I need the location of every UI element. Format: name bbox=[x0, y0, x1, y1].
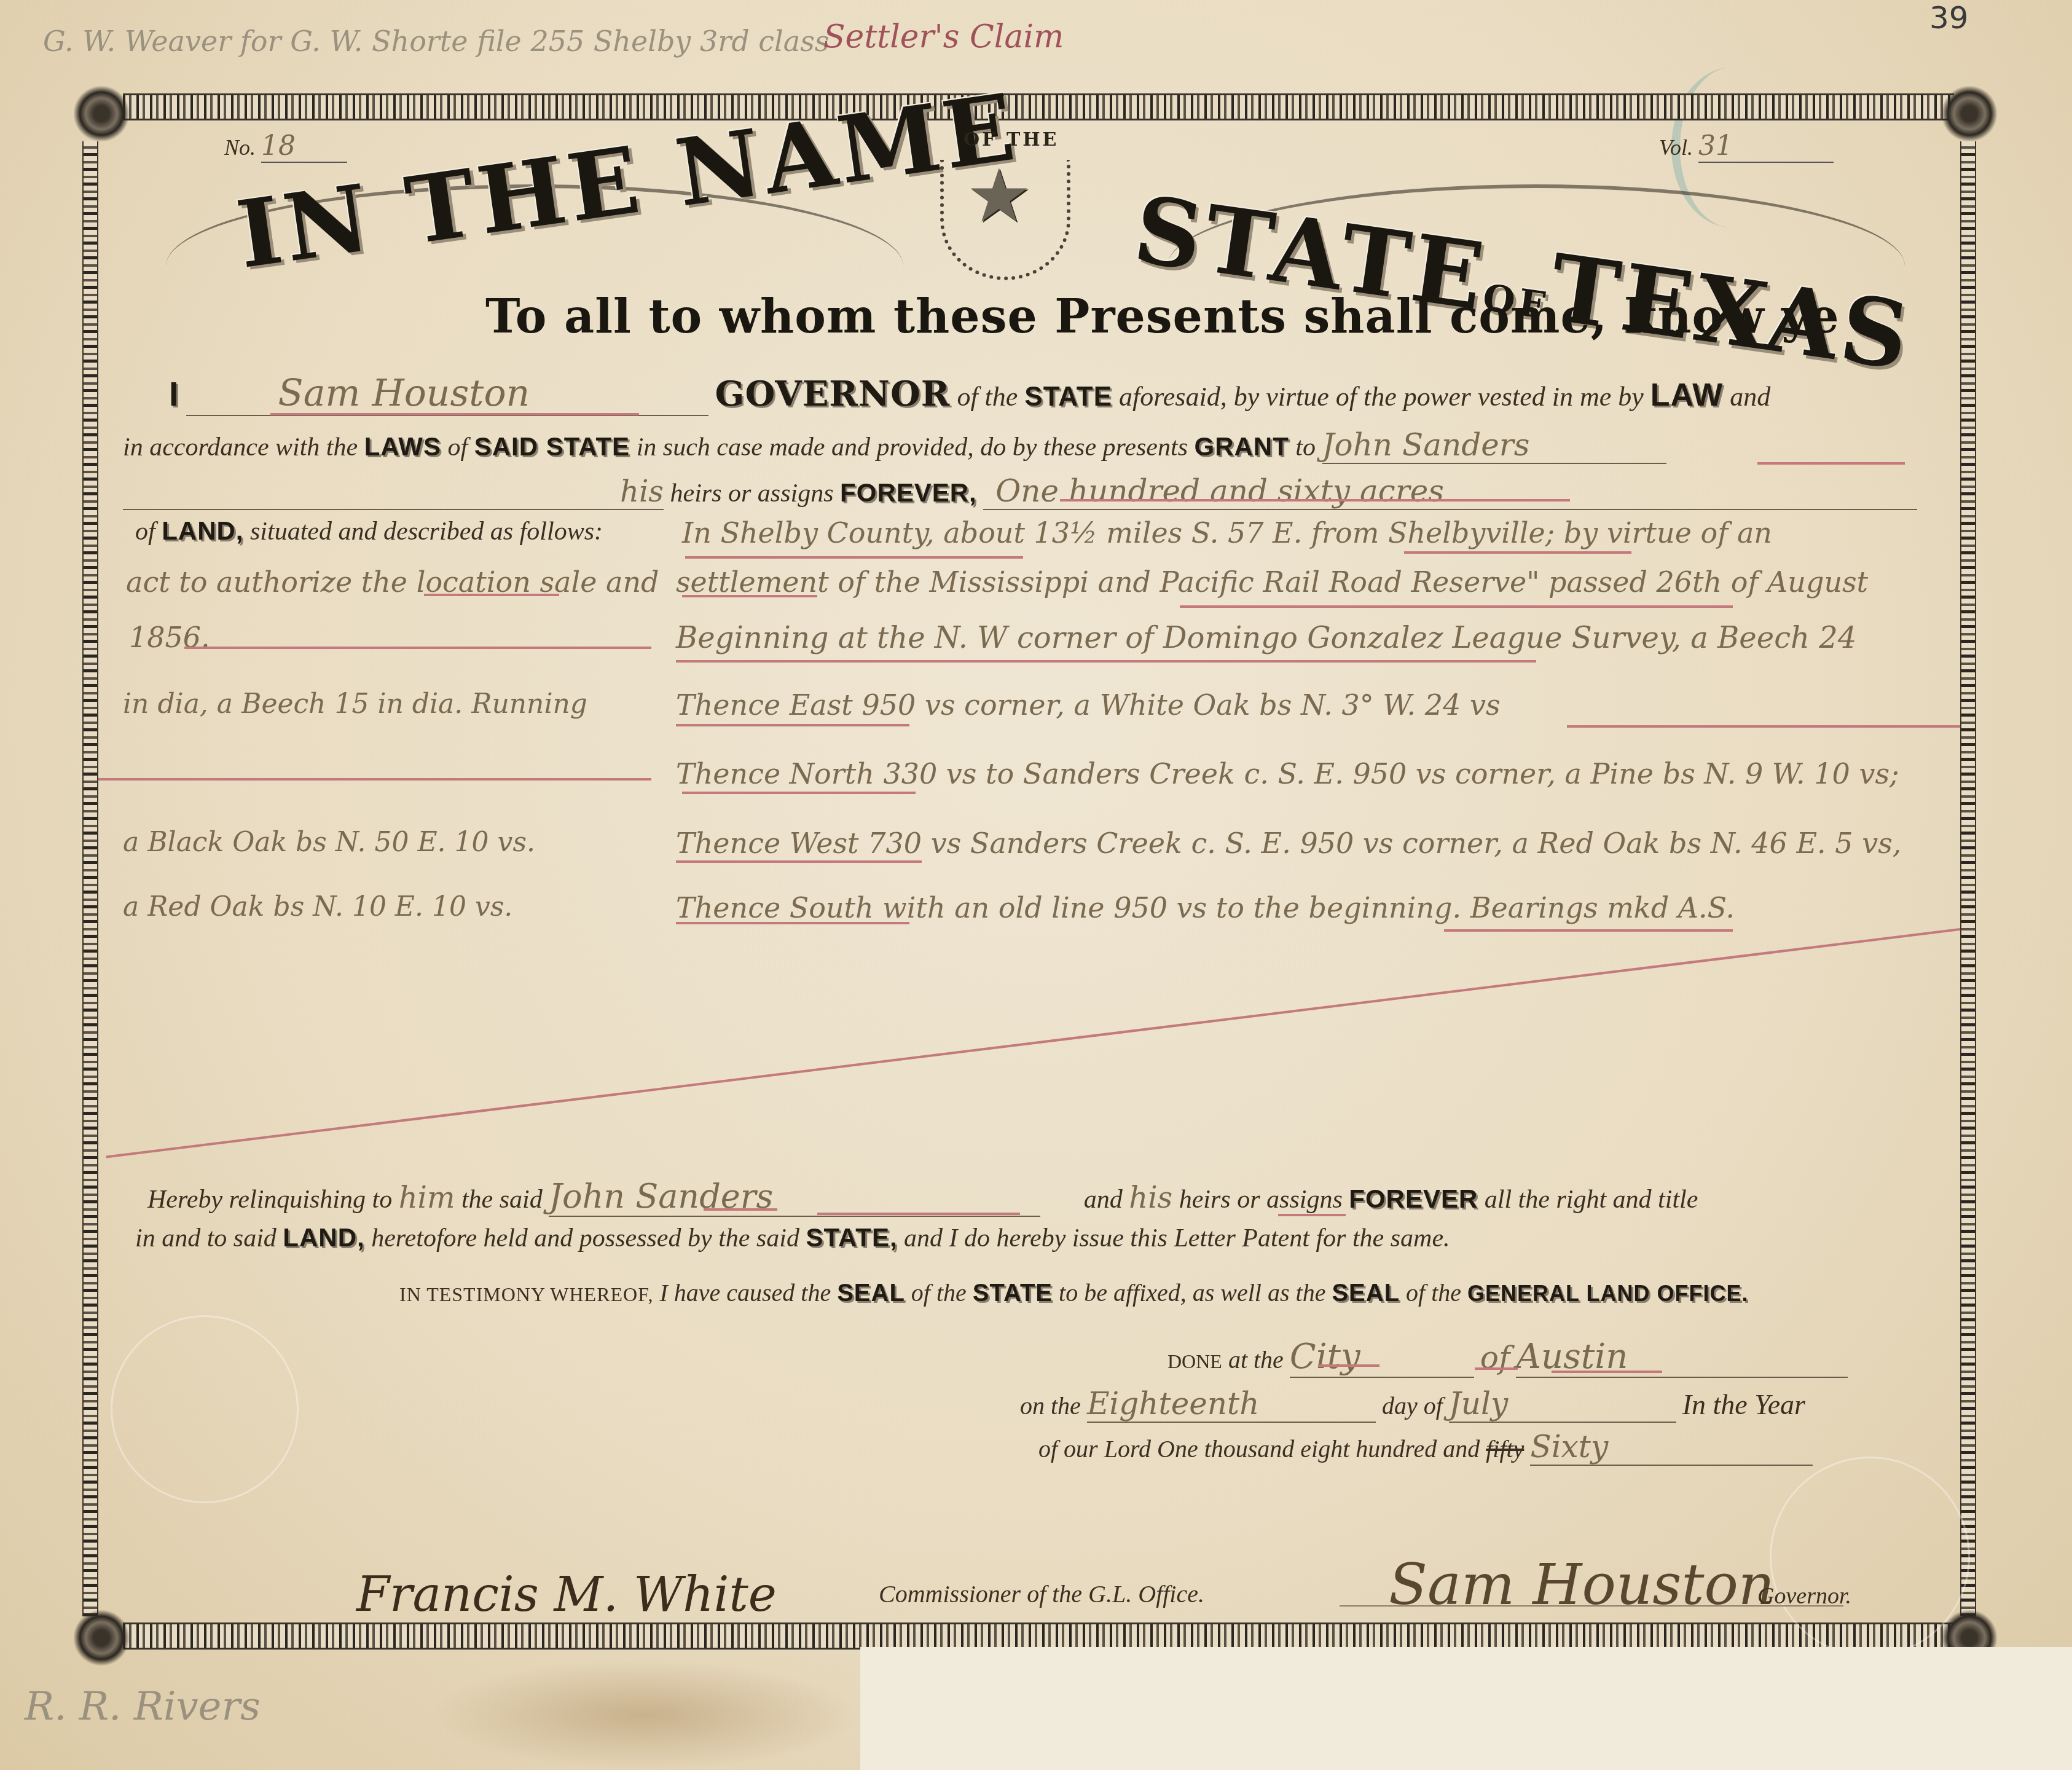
general-land-office-label: GENERAL LAND OFFICE. bbox=[1467, 1281, 1748, 1306]
year-value: Sixty bbox=[1530, 1429, 1813, 1466]
state-label: STATE, bbox=[806, 1223, 897, 1252]
state-label: STATE bbox=[973, 1280, 1053, 1307]
description-left-1: act to authorize the location sale and bbox=[126, 565, 659, 599]
laws-label: LAWS bbox=[364, 432, 441, 461]
red-underline bbox=[1404, 551, 1631, 554]
testimony-line: IN TESTIMONY WHEREOF, I have caused the … bbox=[399, 1278, 1748, 1307]
red-underline bbox=[817, 1213, 1020, 1215]
grant-line-4: of LAND, situated and described as follo… bbox=[135, 516, 603, 546]
commissioner-title: Commissioner of the G.L. Office. bbox=[879, 1579, 1204, 1608]
red-rule bbox=[98, 778, 651, 781]
grant-label: GRANT bbox=[1195, 432, 1289, 461]
of-the-label: OF THE bbox=[963, 129, 1059, 151]
governor-name: Sam Houston bbox=[186, 372, 708, 416]
description-left-3: in dia, a Beech 15 in dia. Running bbox=[123, 688, 587, 720]
seal-label: SEAL bbox=[1332, 1280, 1400, 1307]
volume-label: Vol. bbox=[1659, 135, 1693, 160]
lone-star-icon: ★ bbox=[966, 154, 1032, 239]
text: of our Lord One thousand eight hundred a… bbox=[1038, 1435, 1480, 1463]
text: in and to said bbox=[135, 1224, 277, 1253]
governor-signature: Sam Houston bbox=[1389, 1552, 1775, 1618]
text: at the bbox=[1228, 1346, 1284, 1374]
text: of the bbox=[1406, 1279, 1461, 1307]
text: Hereby relinquishing to bbox=[147, 1186, 392, 1214]
struck-text: fifty bbox=[1486, 1435, 1524, 1463]
relinquish-line-2: in and to said LAND, heretofore held and… bbox=[135, 1223, 1450, 1253]
attached-paper bbox=[860, 1647, 2072, 1770]
pronoun: him bbox=[399, 1181, 455, 1215]
forever-label: FOREVER, bbox=[840, 478, 977, 507]
red-underline bbox=[1475, 1367, 1518, 1370]
text: all the right and title bbox=[1485, 1186, 1698, 1214]
description-left-5: a Black Oak bs N. 50 E. 10 vs. bbox=[123, 827, 535, 858]
commissioner-signature: Francis M. White bbox=[356, 1567, 777, 1622]
description-right-6: Thence South with an old line 950 vs to … bbox=[676, 891, 1735, 924]
red-underline bbox=[1552, 1371, 1662, 1373]
red-rule bbox=[184, 647, 651, 649]
red-underline bbox=[676, 860, 922, 863]
red-underline bbox=[1757, 462, 1905, 465]
land-label: LAND, bbox=[162, 516, 243, 545]
red-underline bbox=[676, 660, 1536, 663]
pencil-annotation: G. W. Weaver for G. W. Shorte file 255 S… bbox=[43, 25, 829, 58]
grant-line-3: his heirs or assigns FOREVER, One hundre… bbox=[123, 473, 1917, 510]
title-emblem: OF THE ★ bbox=[928, 129, 1075, 289]
text: of bbox=[1480, 1340, 1510, 1375]
state-label: STATE bbox=[1024, 382, 1112, 412]
year-line: of our Lord One thousand eight hundred a… bbox=[1038, 1429, 1813, 1466]
red-underline bbox=[676, 922, 909, 924]
embossed-seal-right bbox=[1770, 1457, 1970, 1657]
subtitle: To all to whom these Presents shall come… bbox=[485, 289, 1840, 344]
red-underline bbox=[704, 1208, 777, 1211]
date-line: on the Eighteenth day of July In the Yea… bbox=[1020, 1386, 1805, 1423]
text: in accordance with the bbox=[123, 433, 358, 462]
acreage: One hundred and sixty acres bbox=[983, 473, 1917, 510]
text: of the bbox=[911, 1279, 967, 1307]
red-underline bbox=[685, 556, 1023, 559]
text: the said bbox=[461, 1186, 543, 1214]
red-underline bbox=[676, 724, 909, 726]
pencil-signature: R. R. Rivers bbox=[25, 1684, 261, 1729]
corner-ornament-bl bbox=[74, 1610, 129, 1666]
text: day of bbox=[1382, 1392, 1443, 1420]
text: heirs or assigns bbox=[670, 479, 834, 508]
text: of bbox=[135, 517, 155, 546]
red-underline bbox=[1444, 929, 1733, 932]
corner-ornament-tr bbox=[1942, 86, 1997, 141]
city-value: City bbox=[1290, 1337, 1474, 1378]
text: on the bbox=[1020, 1392, 1081, 1420]
text: I have caused the bbox=[659, 1279, 831, 1307]
said-state-label: SAID STATE bbox=[474, 432, 630, 461]
text: and bbox=[1047, 1186, 1123, 1214]
text: and bbox=[1730, 382, 1770, 412]
red-underline bbox=[1318, 1364, 1379, 1367]
volume-value: 31 bbox=[1698, 130, 1834, 163]
corner-ornament-tl bbox=[74, 86, 129, 141]
number-field: No. 18 bbox=[224, 130, 347, 163]
settlers-claim-note: Settler's Claim bbox=[823, 18, 1064, 55]
forever-label: FOREVER bbox=[1349, 1184, 1478, 1213]
description-right-3: Thence East 950 vs corner, a White Oak b… bbox=[676, 688, 1501, 722]
i-label: I bbox=[169, 374, 179, 413]
text: heretofore held and possessed by the sai… bbox=[371, 1224, 799, 1253]
governor-title: Governor. bbox=[1757, 1583, 1851, 1610]
text: heirs or assigns bbox=[1179, 1186, 1343, 1214]
embossed-seal-left bbox=[111, 1315, 299, 1503]
text: to bbox=[1295, 433, 1316, 462]
number-value: 18 bbox=[261, 130, 347, 163]
done-line: DONE at the City of Austin bbox=[1167, 1337, 1848, 1378]
seal-label: SEAL bbox=[837, 1280, 905, 1307]
done-label: DONE bbox=[1167, 1350, 1222, 1372]
grantee-name: John Sanders bbox=[549, 1177, 1040, 1217]
red-underline bbox=[1060, 499, 1570, 502]
pronoun: his bbox=[1129, 1181, 1172, 1215]
border-top bbox=[123, 93, 1954, 120]
red-underline bbox=[682, 595, 817, 597]
text: to be affixed, as well as the bbox=[1059, 1279, 1325, 1307]
grant-line-1: I Sam Houston GOVERNOR of the STATE afor… bbox=[169, 372, 1951, 416]
text: In the Year bbox=[1682, 1389, 1805, 1420]
border-right bbox=[1960, 141, 1976, 1616]
water-stain bbox=[430, 1659, 860, 1770]
law-label: LAW bbox=[1650, 377, 1724, 413]
description-right-2: Beginning at the N. W corner of Domingo … bbox=[676, 621, 1856, 655]
text: aforesaid, by virtue of the power vested… bbox=[1119, 382, 1644, 412]
month-value: July bbox=[1449, 1386, 1676, 1423]
border-bottom bbox=[123, 1622, 1954, 1650]
text: IN TESTIMONY WHEREOF, bbox=[399, 1283, 653, 1305]
red-rule bbox=[1567, 725, 1960, 728]
number-label: No. bbox=[224, 135, 256, 160]
border-left bbox=[82, 141, 98, 1616]
day-value: Eighteenth bbox=[1087, 1386, 1376, 1423]
red-diagonal-rule bbox=[106, 928, 1960, 1158]
volume-field: Vol. 31 bbox=[1659, 130, 1834, 163]
text: of the bbox=[957, 382, 1018, 412]
land-label: LAND, bbox=[283, 1223, 364, 1252]
text: of bbox=[448, 433, 468, 462]
description-right-5: Thence West 730 vs Sanders Creek c. S. E… bbox=[676, 827, 1901, 860]
relinquish-line-1: Hereby relinquishing to him the said Joh… bbox=[147, 1177, 1698, 1217]
description-right-1: settlement of the Mississippi and Pacifi… bbox=[676, 565, 1868, 599]
red-underline bbox=[1278, 1214, 1346, 1216]
red-underline bbox=[270, 413, 639, 415]
description-left-6: a Red Oak bs N. 10 E. 10 vs. bbox=[123, 891, 512, 922]
grantee-name: John Sanders bbox=[1322, 427, 1666, 464]
description-right-4: Thence North 330 vs to Sanders Creek c. … bbox=[676, 757, 1899, 790]
grant-line-2: in accordance with the LAWS of SAID STAT… bbox=[123, 427, 1666, 464]
text: and I do hereby issue this Letter Patent… bbox=[904, 1224, 1450, 1253]
pronoun: his bbox=[123, 474, 664, 510]
page-number: 39 bbox=[1929, 0, 1969, 36]
red-underline bbox=[1180, 605, 1733, 608]
description-right-0: In Shelby County, about 13½ miles S. 57 … bbox=[682, 516, 1772, 549]
red-underline bbox=[682, 792, 916, 794]
text: in such case made and provided, do by th… bbox=[637, 433, 1188, 462]
text: situated and described as follows: bbox=[250, 517, 603, 546]
red-underline bbox=[424, 594, 559, 596]
governor-label: GOVERNOR bbox=[715, 374, 951, 414]
